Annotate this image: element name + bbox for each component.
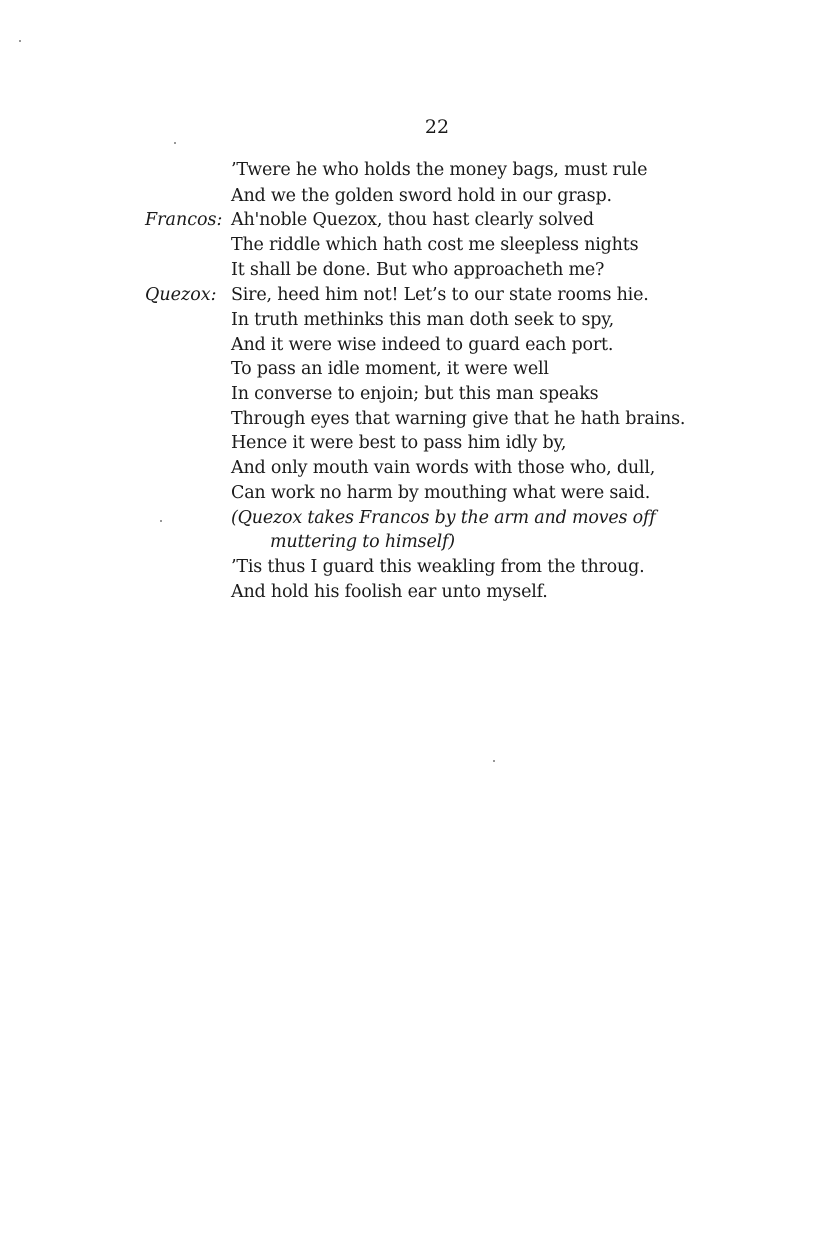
scan-speck [493, 760, 495, 762]
speaker-francos: Francos: [145, 208, 222, 232]
verse-line: In converse to enjoin; but this man spea… [231, 382, 598, 406]
verse-line: And hold his foolish ear unto myself. [231, 580, 548, 604]
verse-line: The riddle which hath cost me sleepless … [231, 233, 638, 257]
verse-line: Through eyes that warning give that he h… [231, 407, 685, 431]
verse-line: And only mouth vain words with those who… [231, 456, 655, 480]
verse-line: ’Twere he who holds the money bags, must… [231, 158, 647, 182]
verse-line: Can work no harm by mouthing what were s… [231, 481, 650, 505]
scan-speck [19, 40, 21, 42]
verse-line: Hence it were best to pass him idly by, [231, 431, 566, 455]
speaker-quezox: Quezox: [145, 283, 217, 307]
scan-speck [174, 142, 176, 144]
verse-line: In truth methinks this man doth seek to … [231, 308, 614, 332]
verse-line: To pass an idle moment, it were well [231, 357, 549, 381]
verse-line: ’Tis thus I guard this weakling from the… [231, 555, 644, 579]
verse-line: And it were wise indeed to guard each po… [231, 333, 613, 357]
verse-line: Sire, heed him not! Let’s to our state r… [231, 283, 649, 307]
verse-line: And we the golden sword hold in our gras… [231, 184, 612, 208]
verse-line: It shall be done. But who approacheth me… [231, 258, 604, 282]
page-number: 22 [0, 116, 832, 138]
stage-direction: muttering to himself) [270, 530, 455, 554]
stage-direction: (Quezox takes Francos by the arm and mov… [231, 506, 656, 530]
verse-line: Ah'noble Quezox, thou hast clearly solve… [231, 208, 594, 232]
scan-speck [160, 520, 162, 522]
